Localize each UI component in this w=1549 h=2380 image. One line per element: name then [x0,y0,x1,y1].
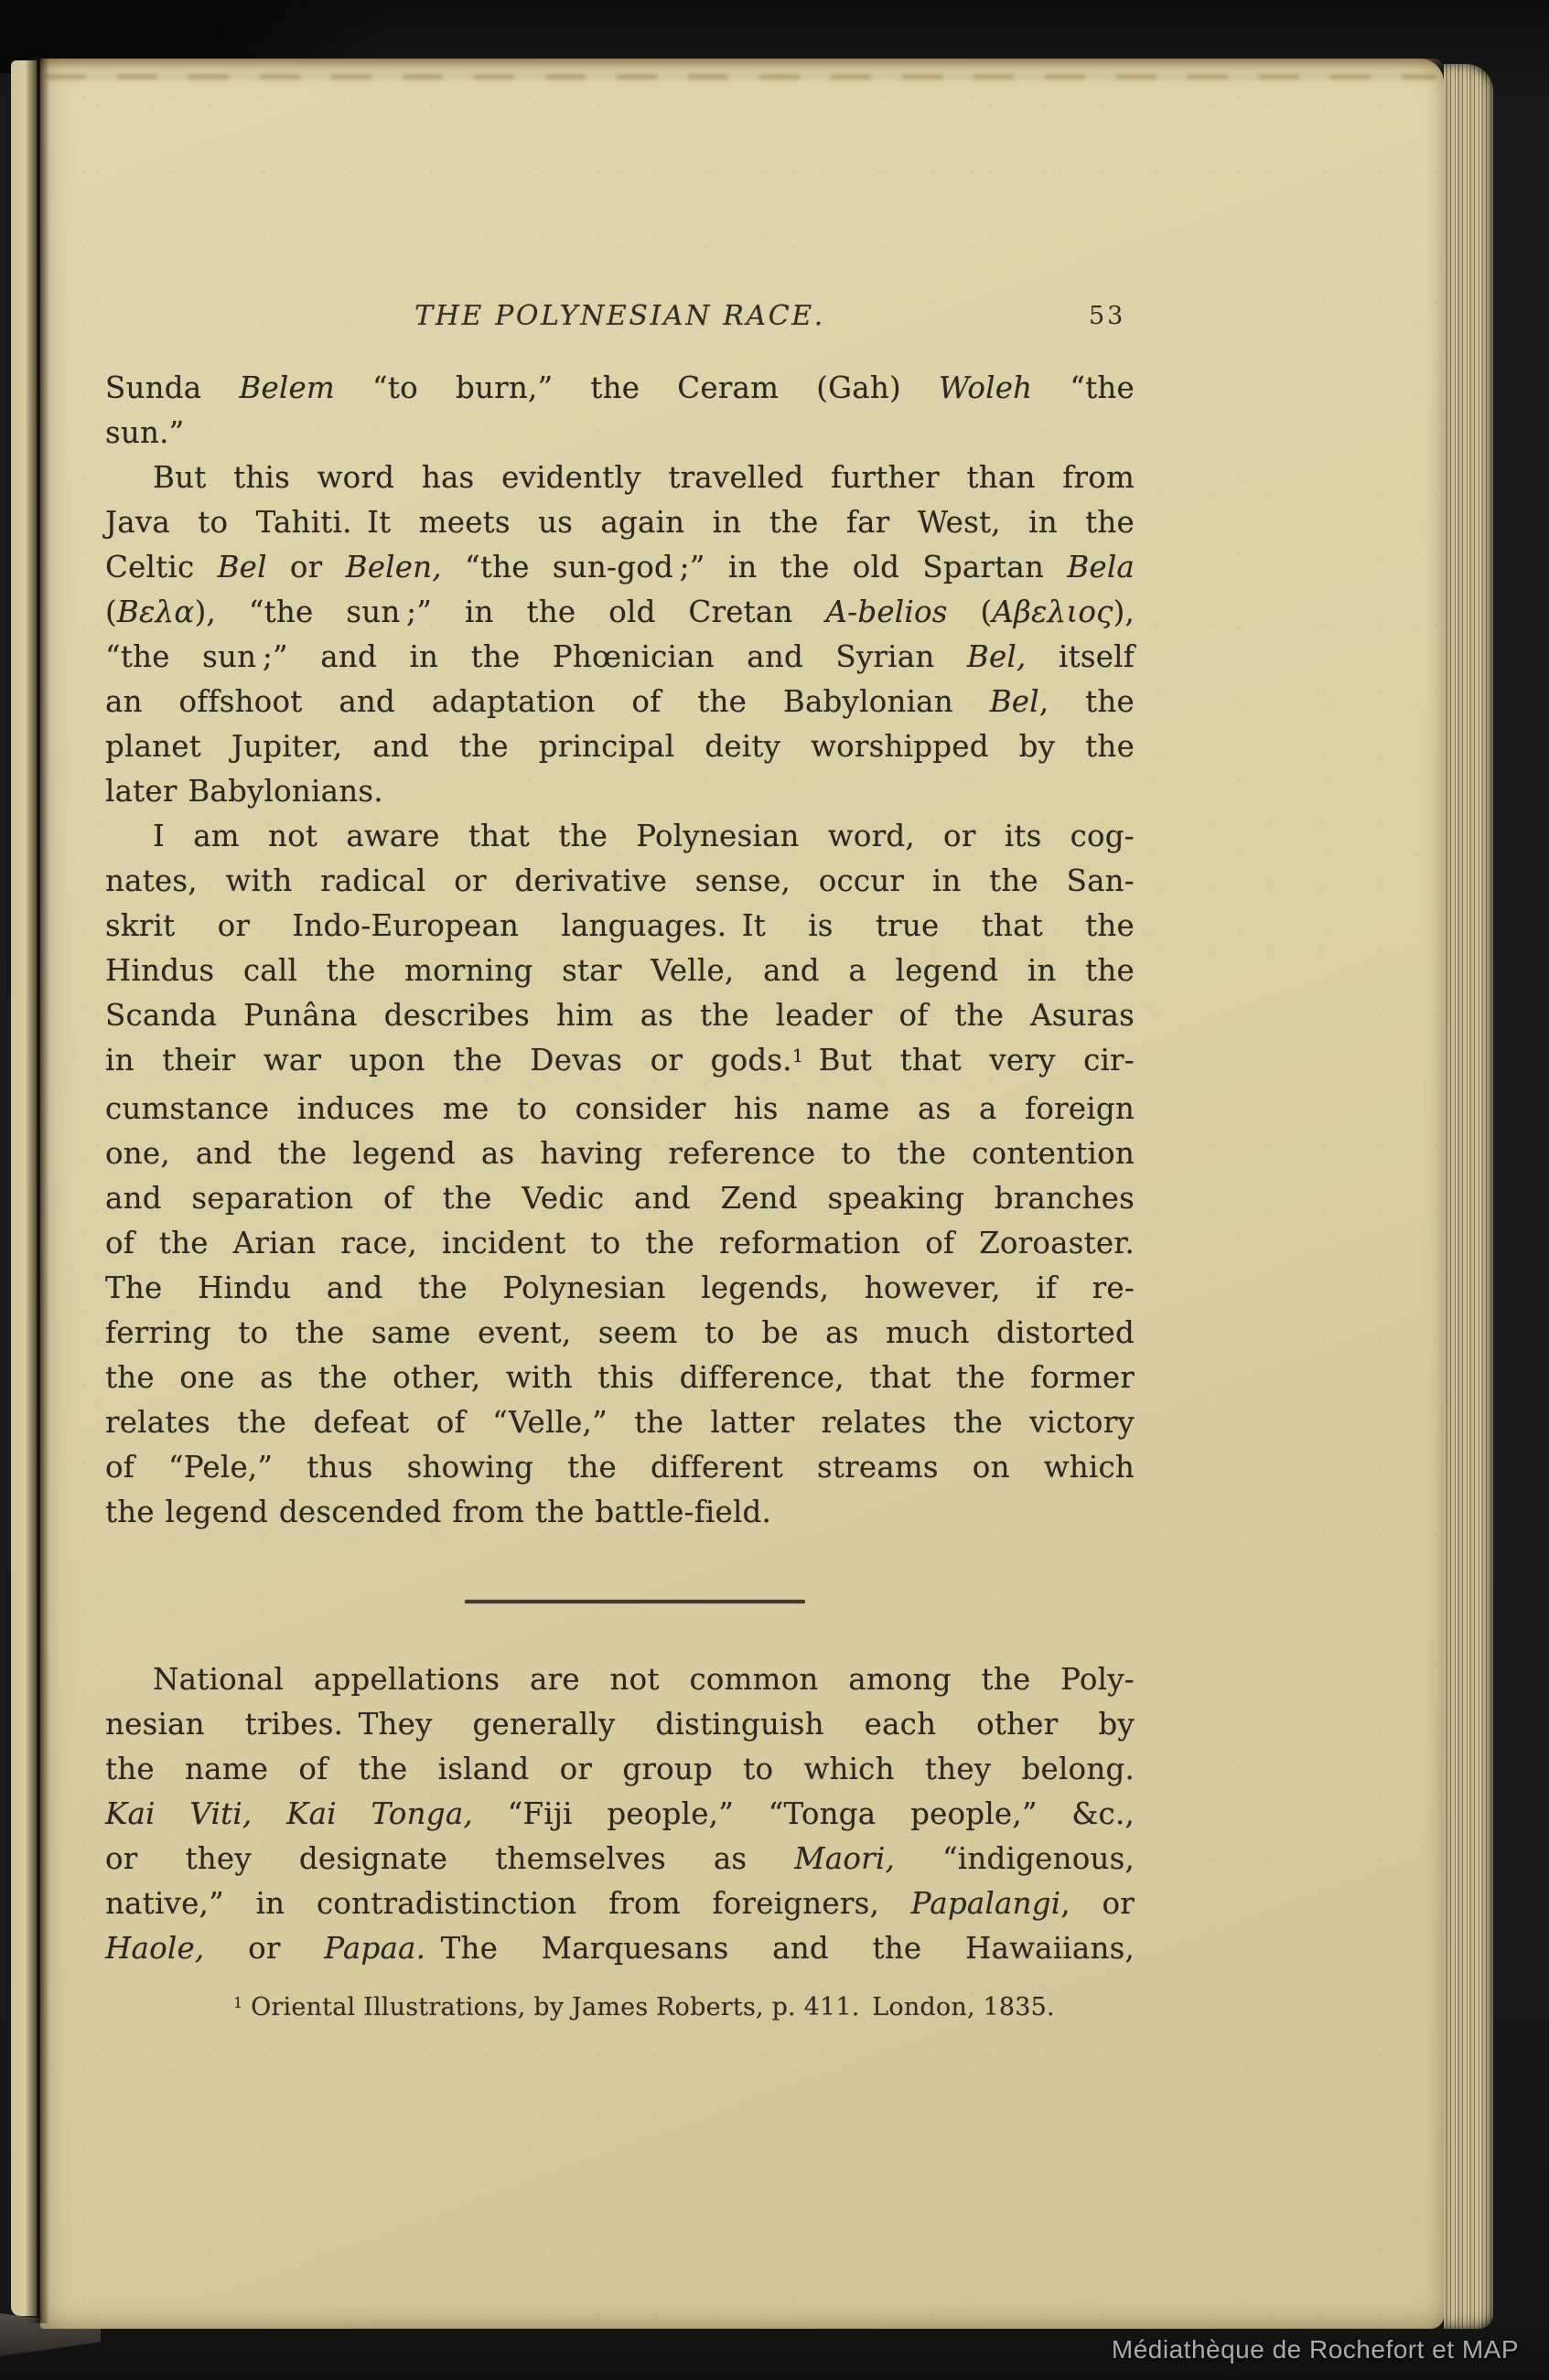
text-segment: ), [1113,595,1135,629]
text-segment: the name of the island or group to which… [105,1752,1135,1786]
text-segment: the legend descended from the battle-fie… [105,1495,771,1529]
text-line: native,” in contradistinction from forei… [105,1881,1135,1926]
footnote-marker: 1 [233,1994,242,2011]
text-segment: Woleh [939,370,1032,405]
text-line: Haole, or Papaa. The Marquesans and the … [105,1926,1135,1971]
text-segment: one, and the legend as having reference … [105,1136,1135,1171]
text-segment: Maori, [794,1841,895,1876]
text-segment: nesian tribes. They generally distinguis… [105,1707,1135,1742]
text-line: or they designate themselves as Maori, “… [105,1837,1135,1881]
text-line: sun.” [105,411,1135,456]
top-deckle-edge [40,59,1444,70]
book-scan: THE POLYNESIAN RACE. 53 Sunda Belem “to … [0,0,1549,2380]
paragraph: But this word has evidently travelled fu… [105,456,1135,814]
paragraph: National appellations are not common amo… [105,1657,1135,1971]
text-segment: Java to Tahiti. It meets us again in the… [105,505,1135,540]
text-line: an offshoot and adaptation of the Babylo… [105,680,1135,724]
text-segment: “to burn,” the Ceram (Gah) [335,370,939,405]
text-line: in their war upon the Devas or gods.1 Bu… [105,1038,1135,1087]
footnote: 1 Oriental Illustrations, by James Rober… [233,1990,1055,2028]
text-segment: in their war upon the Devas or gods. [105,1043,792,1077]
text-segment: Belen, [346,550,442,584]
paragraph: Sunda Belem “to burn,” the Ceram (Gah) W… [105,366,1135,456]
text-segment: The Marquesans and the Hawaiians, [425,1931,1135,1966]
text-line: National appellations are not common amo… [105,1657,1135,1702]
text-line: the name of the island or group to which… [105,1747,1135,1792]
text-line: the legend descended from the battle-fie… [105,1490,1135,1535]
text-line: Kai Viti, Kai Tonga, “Fiji people,” “Ton… [105,1792,1135,1837]
text-segment: Bel [990,684,1039,719]
text-line: planet Jupiter, and the principal deity … [105,724,1135,769]
text-segment: cumstance induces me to consider his nam… [105,1091,1135,1126]
text-segment: or [204,1931,324,1966]
gutter-shadow [26,57,49,2323]
text-line: The Hindu and the Polynesian legends, ho… [105,1266,1135,1311]
text-segment: ), “the sun ;” in the old Cretan [195,595,826,629]
text-line: ferring to the same event, seem to be as… [105,1311,1135,1356]
text-line: the one as the other, with this differen… [105,1356,1135,1400]
text-line: Sunda Belem “to burn,” the Ceram (Gah) W… [105,366,1135,411]
text-line: of “Pele,” thus showing the different st… [105,1445,1135,1490]
text-segment: I am not aware that the Polynesian word,… [153,819,1135,853]
text-segment: Βελα [117,595,195,629]
text-segment: Bel [218,550,267,584]
text-segment: Belem [239,370,335,405]
text-segment: native,” in contradistinction from forei… [105,1886,911,1921]
text-segment: an offshoot and adaptation of the Babylo… [105,684,990,719]
text-segment: Celtic [105,550,218,584]
text-segment: Oriental Illustrations, by James Roberts… [242,1993,1055,2021]
text-line: Scanda Punâna describes him as the leade… [105,993,1135,1038]
text-segment: “the sun ;” and in the Phœnician and Syr… [105,639,967,674]
text-line: cumstance induces me to consider his nam… [105,1087,1135,1131]
text-segment: the one as the other, with this differen… [105,1360,1135,1395]
text-line: of the Arian race, incident to the refor… [105,1221,1135,1266]
text-line: (Βελα), “the sun ;” in the old Cretan A-… [105,590,1135,635]
section-divider-rule [465,1600,805,1603]
text-segment: ( [948,595,993,629]
text-block-second: National appellations are not common amo… [105,1657,1135,1971]
text-segment: of the Arian race, incident to the refor… [105,1226,1135,1260]
text-segment: Hindus call the morning star Velle, and … [105,953,1135,988]
text-segment: But that very cir- [803,1043,1135,1077]
text-segment: The Hindu and the Polynesian legends, ho… [105,1270,1135,1305]
text-segment: “the [1032,370,1135,405]
text-segment: , or [1060,1886,1135,1921]
fore-edge-pages [1444,64,1493,2329]
text-line: nesian tribes. They generally distinguis… [105,1702,1135,1747]
watermark: Médiathèque de Rochefort et MAP [1112,2335,1519,2364]
text-line: I am not aware that the Polynesian word,… [105,814,1135,859]
text-line: Java to Tahiti. It meets us again in the… [105,500,1135,545]
text-segment: planet Jupiter, and the principal deity … [105,729,1135,764]
text-line: Celtic Bel or Belen, “the sun-god ;” in … [105,545,1135,590]
text-line: later Babylonians. [105,769,1135,814]
text-segment: and separation of the Vedic and Zend spe… [105,1181,1135,1216]
text-line: But this word has evidently travelled fu… [105,456,1135,500]
text-line: and separation of the Vedic and Zend spe… [105,1176,1135,1221]
text-segment: Bel, [967,639,1027,674]
text-segment: Scanda Punâna describes him as the leade… [105,998,1135,1033]
text-segment: National appellations are not common amo… [153,1662,1135,1697]
footnote-marker: 1 [792,1045,803,1067]
text-line: relates the defeat of “Velle,” the latte… [105,1400,1135,1445]
text-segment: Sunda [105,370,239,405]
text-line: “the sun ;” and in the Phœnician and Syr… [105,635,1135,680]
book-page: THE POLYNESIAN RACE. 53 Sunda Belem “to … [40,59,1444,2329]
text-segment: Bela [1067,550,1135,584]
text-segment: later Babylonians. [105,774,383,809]
text-segment: But this word has evidently travelled fu… [153,460,1135,495]
text-segment: sun.” [105,415,185,450]
text-segment: or [267,550,346,584]
text-segment: “Fiji people,” “Tonga people,” &c., [473,1796,1135,1831]
text-segment: itself [1027,639,1135,674]
text-segment: Papalangi [911,1886,1061,1921]
text-line: skrit or Indo-European languages. It is … [105,904,1135,949]
text-segment: “the sun-god ;” in the old Spartan [442,550,1067,584]
text-segment: Αβελιος [992,595,1113,629]
paragraph: I am not aware that the Polynesian word,… [105,814,1135,1535]
text-segment: Kai Viti, Kai Tonga, [105,1796,473,1831]
text-segment: “indigenous, [895,1841,1135,1876]
page-number: 53 [1089,302,1125,330]
text-segment: relates the defeat of “Velle,” the latte… [105,1405,1135,1440]
text-segment: A-belios [825,595,947,629]
text-line: one, and the legend as having reference … [105,1131,1135,1176]
text-block-main: Sunda Belem “to burn,” the Ceram (Gah) W… [105,366,1135,1535]
top-stain-line [46,74,1436,80]
text-segment: Papaa. [324,1931,425,1966]
text-segment: of “Pele,” thus showing the different st… [105,1450,1135,1485]
text-line: nates, with radical or derivative sense,… [105,859,1135,904]
text-segment: nates, with radical or derivative sense,… [105,863,1135,898]
running-title: THE POLYNESIAN RACE. [105,300,1135,332]
text-segment: or they designate themselves as [105,1841,794,1876]
text-segment: skrit or Indo-European languages. It is … [105,908,1135,943]
text-segment: ferring to the same event, seem to be as… [105,1315,1135,1350]
text-segment: , the [1039,684,1135,719]
text-segment: ( [105,595,117,629]
text-line: Hindus call the morning star Velle, and … [105,949,1135,993]
text-segment: Haole, [105,1931,204,1966]
